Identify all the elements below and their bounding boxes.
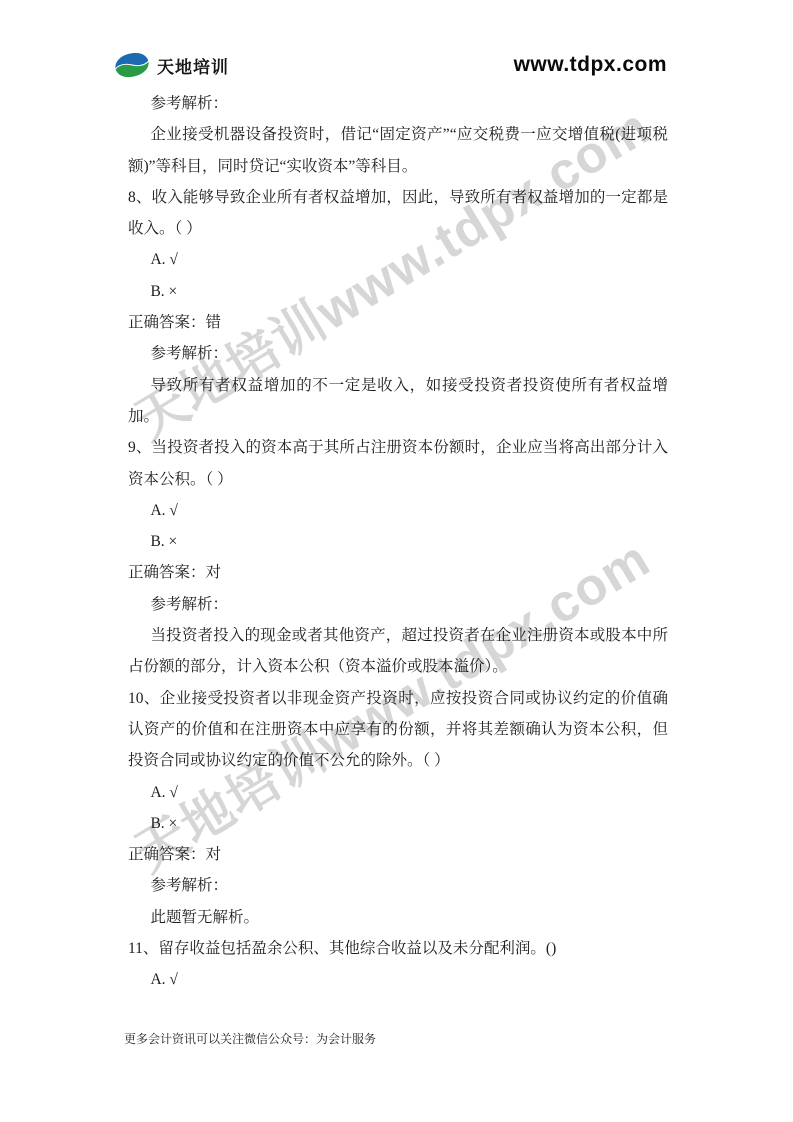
logo-text: 天地培训	[157, 53, 229, 78]
answer-option: B. ×	[128, 276, 668, 307]
analysis-label: 参考解析：	[128, 88, 668, 119]
analysis-text: 导致所有者权益增加的不一定是收入，如接受投资者投资使所有者权益增加。	[128, 370, 668, 433]
answer-option: B. ×	[128, 808, 668, 839]
analysis-text: 当投资者投入的现金或者其他资产，超过投资者在企业注册资本或股本中所占份额的部分，…	[128, 620, 668, 683]
answer-option: A. √	[128, 495, 668, 526]
analysis-label: 参考解析：	[128, 338, 668, 369]
analysis-label: 参考解析：	[128, 870, 668, 901]
correct-answer: 正确答案：错	[128, 307, 668, 338]
analysis-label: 参考解析：	[128, 589, 668, 620]
correct-answer: 正确答案：对	[128, 839, 668, 870]
question-text: 9、当投资者投入的资本高于其所占注册资本份额时，企业应当将高出部分计入资本公积。…	[128, 432, 668, 495]
analysis-text: 此题暂无解析。	[128, 902, 668, 933]
question-text: 8、收入能够导致企业所有者权益增加，因此，导致所有者权益增加的一定都是收入。（ …	[128, 182, 668, 245]
answer-option: B. ×	[128, 526, 668, 557]
logo: 天地培训	[113, 51, 229, 79]
swirl-logo-icon	[113, 51, 151, 79]
page-footer-note: 更多会计资讯可以关注微信公众号：为会计服务	[124, 1030, 376, 1048]
answer-option: A. √	[128, 777, 668, 808]
header-website-url: www.tdpx.com	[514, 53, 667, 77]
question-text: 10、企业接受投资者以非现金资产投资时，应按投资合同或协议约定的价值确认资产的价…	[128, 683, 668, 777]
document-body: 参考解析：企业接受机器设备投资时，借记“固定资产”“应交税费一应交增值税(进项税…	[128, 88, 668, 996]
analysis-text: 企业接受机器设备投资时，借记“固定资产”“应交税费一应交增值税(进项税额)”等科…	[128, 119, 668, 182]
answer-option: A. √	[128, 964, 668, 995]
question-text: 11、留存收益包括盈余公积、其他综合收益以及未分配利润。()	[128, 933, 668, 964]
correct-answer: 正确答案：对	[128, 557, 668, 588]
answer-option: A. √	[128, 244, 668, 275]
page-header: 天地培训 www.tdpx.com	[113, 48, 667, 82]
